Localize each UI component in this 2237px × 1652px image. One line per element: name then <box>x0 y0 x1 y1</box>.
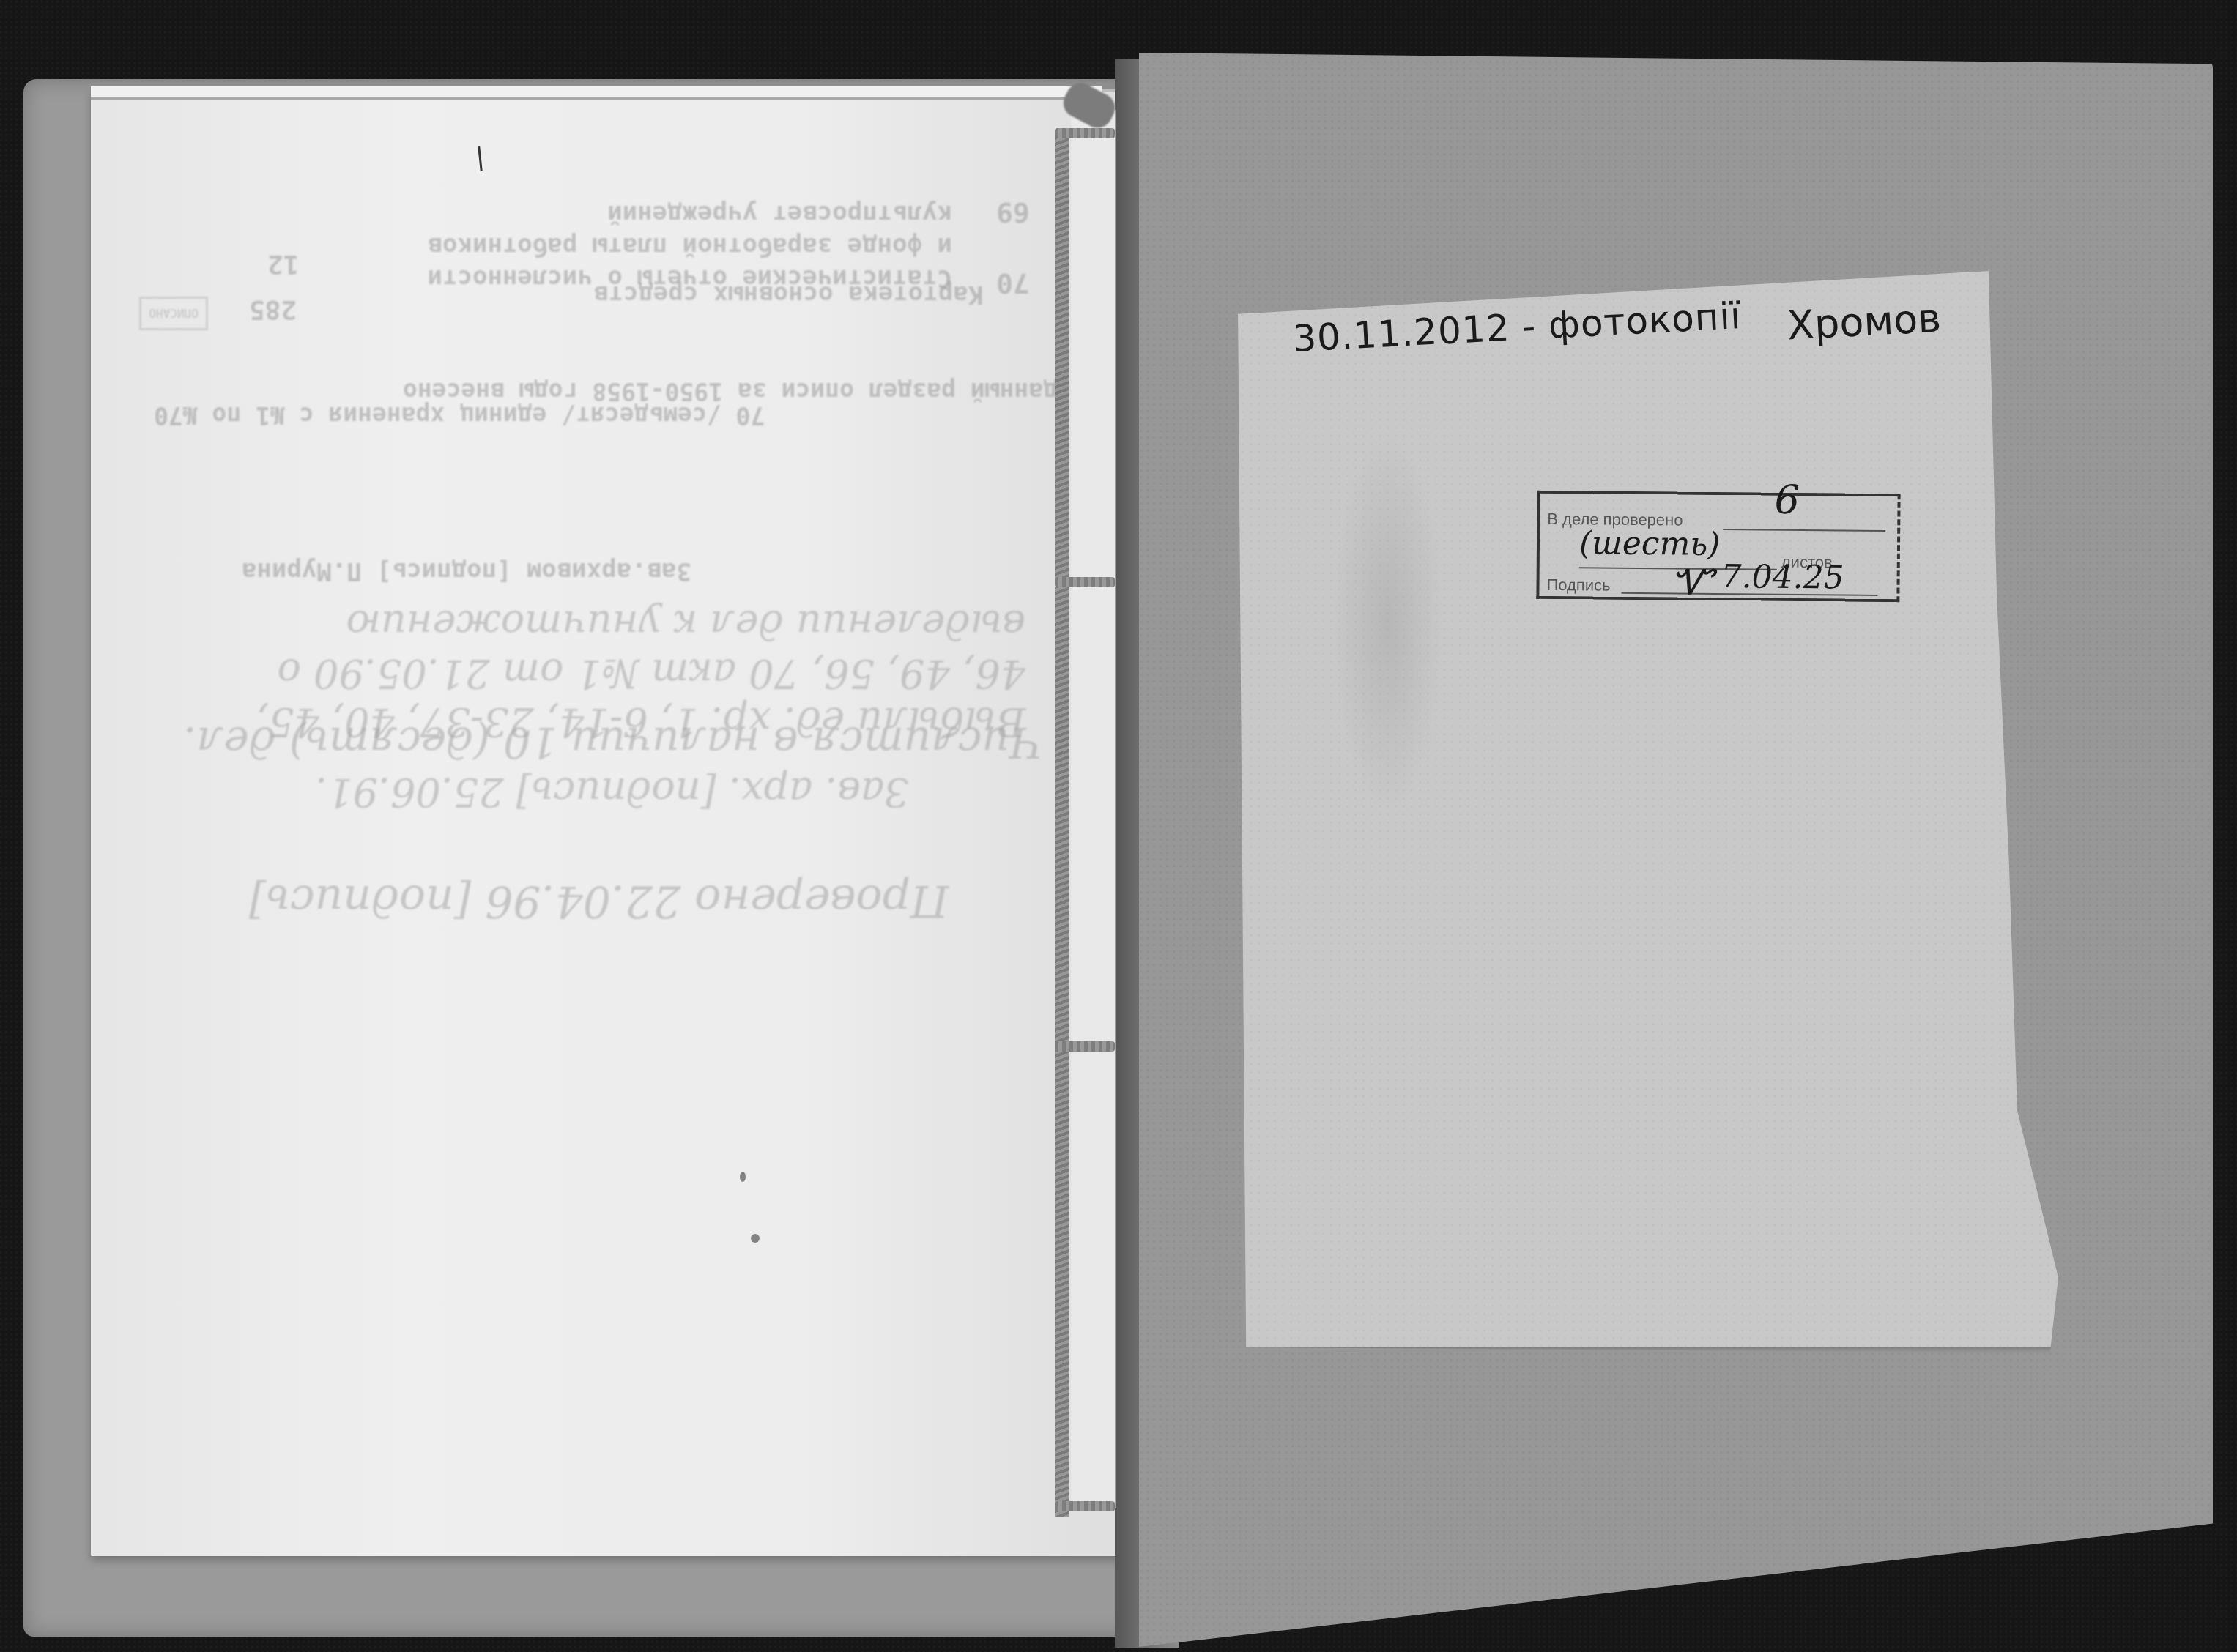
bleed-line-number-69: 69 <box>996 196 1030 228</box>
binding-stitch <box>1055 1501 1115 1511</box>
bleed-archivist-line: Зав.архивом [подпись] П.Мурина <box>242 557 691 586</box>
ink-spot <box>751 1234 760 1243</box>
binding-stitch <box>1055 577 1115 587</box>
sheet-verification-stamp: В деле проверено 6 (шесть) листов Подпис… <box>1536 491 1900 602</box>
stamp-signature-scribble: Ꮙ <box>1671 562 1713 603</box>
stamp-count-words: (шесть) <box>1579 524 1721 563</box>
bleed-described-stamp: ОПИСАНО <box>139 297 208 330</box>
slip-stain <box>1333 432 1443 813</box>
stamp-signature-date: 7.04.25 <box>1721 558 1844 596</box>
stamp-label-signature: Подпись <box>1546 576 1610 595</box>
stamp-count-digits: 6 <box>1774 477 1800 523</box>
handwritten-name: Хромов <box>1786 295 1942 349</box>
bleed-handwritten-checked: Проверено 22.04.96 [подпись] <box>249 875 949 926</box>
binding-strip <box>1071 110 1116 1508</box>
binding-cord <box>1055 586 1069 1047</box>
bleed-handwritten-in-stock: Числится в наличии 10 (десять) дел. <box>183 718 1042 767</box>
ink-spot <box>740 1172 746 1182</box>
binding-cord <box>1055 130 1069 584</box>
binding-stitch <box>1055 128 1115 138</box>
bleed-line-70-text: Картотека основных средств <box>593 280 983 309</box>
stamp-line <box>1723 529 1885 532</box>
bleed-count: 12 <box>267 249 299 279</box>
left-page-leaf <box>91 89 1128 1556</box>
bleed-section-summary-2: 70 /семьдесят/ единиц хранения с №1 по №… <box>154 401 765 430</box>
binding-stitch <box>1055 1041 1115 1052</box>
bleed-line-number-70: 70 <box>996 267 1030 299</box>
bleed-total: 285 <box>249 294 297 324</box>
leaf-top-edge <box>91 86 1102 100</box>
pasted-slip <box>1238 271 2058 1347</box>
bleed-handwritten-signoff: Зав. арх. [подпись] 25.06.91. <box>315 769 909 815</box>
binding-cord <box>1055 1049 1069 1517</box>
